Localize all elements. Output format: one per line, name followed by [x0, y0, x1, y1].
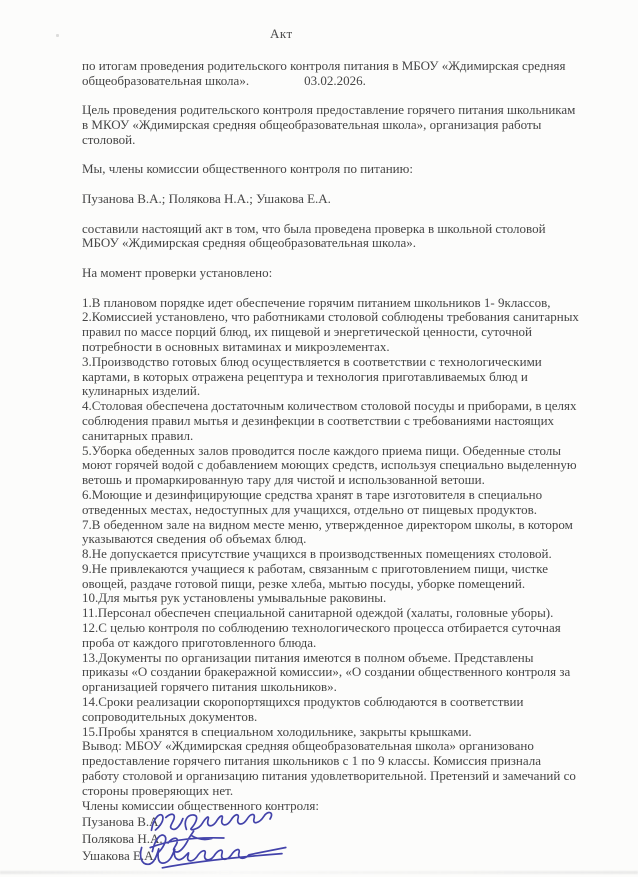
finding-item-13: 13.Документы по организации питания имею…: [82, 651, 579, 695]
finding-item-4: 4.Столовая обеспечена достаточным количе…: [82, 399, 579, 443]
scanner-edge-shadow: [0, 871, 638, 874]
finding-item-1: 1.В плановом порядке идет обеспечение го…: [82, 296, 579, 311]
finding-item-5: 5.Уборка обеденных залов проводится посл…: [82, 444, 579, 488]
signature-block: Пузанова В.А. Полякова Н.А. Ушакова Е.А.: [82, 813, 579, 864]
signer-name: Ушакова Е.А.: [82, 848, 157, 863]
finding-item-2: 2.Комиссией установлено, что работниками…: [82, 310, 579, 354]
finding-item-15: 15.Пробы хранятся в специальном холодиль…: [82, 725, 579, 740]
commission-intro: Мы, члены комиссии общественного контрол…: [82, 162, 579, 177]
findings-list: 1.В плановом порядке идет обеспечение го…: [82, 296, 579, 740]
intro-paragraph: по итогам проведения родительского контр…: [82, 59, 579, 89]
finding-item-10: 10.Для мытья рук установлены умывальные …: [82, 591, 579, 606]
finding-item-8: 8.Не допускается присутствие учащихся в …: [82, 547, 579, 562]
finding-item-11: 11.Персонал обеспечен специальной санита…: [82, 606, 579, 621]
act-statement: составили настоящий акт в том, что была …: [82, 222, 579, 252]
purpose-paragraph: Цель проведения родительского контроля п…: [82, 103, 579, 147]
commission-members: Пузанова В.А.; Полякова Н.А.; Ушакова Е.…: [82, 192, 579, 207]
signer-row-puzanova: Пузанова В.А.: [82, 813, 579, 830]
findings-heading: На момент проверки установлено:: [82, 266, 579, 281]
finding-item-14: 14.Сроки реализации скоропортящихся прод…: [82, 695, 579, 725]
signer-row-ushakova: Ушакова Е.А.: [82, 847, 579, 864]
signature-heading: Члены комиссии общественного контроля:: [82, 799, 579, 814]
conclusion-paragraph: Вывод: МБОУ «Ждимирская средняя общеобра…: [82, 739, 579, 798]
scanned-document-page: Акт по итогам проведения родительского к…: [0, 0, 638, 877]
document-title: Акт: [270, 27, 579, 42]
finding-item-12: 12.С целью контроля по соблюдению технол…: [82, 621, 579, 651]
signer-row-polyakova: Полякова Н.А.: [82, 830, 579, 847]
signer-name: Полякова Н.А.: [82, 831, 163, 846]
finding-item-9: 9.Не привлекаются учащиеся к работам, св…: [82, 562, 579, 592]
document-body: Акт по итогам проведения родительского к…: [82, 27, 579, 864]
finding-item-6: 6.Моющие и дезинфицирующие средства хран…: [82, 488, 579, 518]
signer-name: Пузанова В.А.: [82, 814, 162, 829]
document-date: 03.02.2026.: [304, 74, 366, 89]
finding-item-7: 7.В обеденном зале на видном месте меню,…: [82, 518, 579, 548]
scan-speck: [56, 34, 59, 37]
finding-item-3: 3.Производство готовых блюд осуществляет…: [82, 355, 579, 399]
